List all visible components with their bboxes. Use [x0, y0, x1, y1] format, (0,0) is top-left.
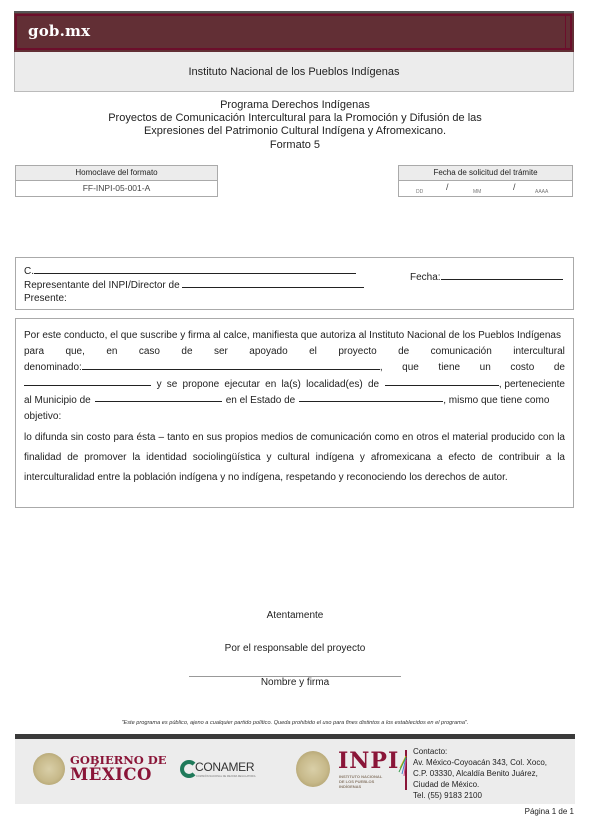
conamer-label: CONAMER — [195, 760, 254, 774]
fecha-label: Fecha: — [410, 272, 441, 283]
mexico-label: MÉXICO — [70, 767, 152, 784]
word: proyecto — [338, 344, 376, 360]
homoclave-table: Homoclave del formato FF-INPI-05-001-A — [15, 165, 218, 197]
ribbons-icon — [398, 754, 412, 778]
inpi-logo-text: INPI — [338, 750, 399, 772]
project-title-line-1: Proyectos de Comunicación Intercultural … — [0, 112, 590, 125]
gobmx-header-bar: gob.mx — [14, 11, 574, 52]
inpi-sub-line-3: INDÍGENAS — [339, 784, 382, 789]
word: ser — [214, 344, 228, 360]
paragraph-line-1: Por este conducto, el que suscribe y fir… — [24, 328, 565, 344]
fecha-row: Fecha: — [410, 271, 563, 283]
project-title-line-2: Expresiones del Patrimonio Cultural Indí… — [0, 125, 590, 138]
word: comunicación — [431, 344, 492, 360]
header-inner-border — [15, 14, 572, 50]
nombre-firma-label: Nombre y firma — [0, 677, 590, 688]
representative-field[interactable] — [182, 279, 364, 288]
atentamente-label: Atentamente — [0, 610, 590, 621]
word: que — [402, 360, 419, 376]
word: el — [309, 344, 317, 360]
contact-address-1: Av. México-Coyoacán 343, Col. Xoco, — [413, 757, 547, 768]
addressee-box: C. Representante del INPI/Director de Pr… — [15, 257, 574, 310]
word: tiene — [438, 360, 460, 376]
inpi-seal-icon — [296, 751, 330, 787]
denominado-label: denominado: — [24, 362, 82, 373]
word: en — [106, 344, 117, 360]
municipio-field[interactable] — [95, 393, 222, 402]
date-separator: / — [446, 182, 449, 192]
institute-name: Instituto Nacional de los Pueblos Indíge… — [189, 66, 400, 78]
homoclave-label: Homoclave del formato — [16, 166, 217, 181]
word: intercultural — [513, 344, 565, 360]
paragraph-line-5: al Municipio de en el Estado de , mismo … — [24, 393, 565, 409]
paragraph-line-4: y se propone ejecutar en la(s) localidad… — [24, 377, 565, 393]
word: de — [398, 344, 409, 360]
locality-field[interactable] — [385, 377, 499, 386]
format-number: Formato 5 — [0, 139, 590, 152]
word: que, — [65, 344, 84, 360]
locality-label: y se propone ejecutar en la(s) localidad… — [157, 377, 379, 393]
word: un — [480, 360, 491, 376]
project-name-field[interactable] — [82, 361, 380, 370]
date-separator: / — [513, 182, 516, 192]
paragraph-line-2: paraque,encasodeserapoyadoelproyectodeco… — [24, 344, 565, 360]
closing-paragraph: lo difunda sin costo para ésta – tanto e… — [24, 428, 565, 488]
contact-phone: Tel. (55) 9183 2100 — [413, 790, 547, 801]
conamer-sublabel: COMISIÓN NACIONAL DE MEJORA REGULATORIA — [196, 775, 256, 778]
authorization-box: Por este conducto, el que suscribe y fir… — [15, 318, 574, 508]
day-label: DD — [416, 189, 423, 195]
representative-row: Representante del INPI/Director de — [24, 279, 364, 291]
disclaimer: "Este programa es público, ajeno a cualq… — [0, 720, 590, 726]
request-date-field[interactable]: DD / MM / AAAA — [399, 181, 572, 196]
contact-info: Contacto: Av. México-Coyoacán 343, Col. … — [413, 746, 547, 801]
contact-city: Ciudad de México. — [413, 779, 547, 790]
c-label: C. — [24, 266, 34, 277]
word: costo — [510, 360, 534, 376]
addressee-name-field[interactable] — [34, 265, 356, 274]
request-date-table: Fecha de solicitud del trámite DD / MM /… — [398, 165, 573, 197]
authorization-paragraph: Por este conducto, el que suscribe y fir… — [24, 328, 565, 425]
representative-label: Representante del INPI/Director de — [24, 280, 180, 291]
request-date-label: Fecha de solicitud del trámite — [399, 166, 572, 181]
word: apoyado — [249, 344, 287, 360]
word: de — [554, 360, 565, 376]
page-number: Página 1 de 1 — [525, 807, 574, 816]
inpi-sublabel: INSTITUTO NACIONAL DE LOS PUEBLOS INDÍGE… — [339, 774, 382, 789]
month-label: MM — [473, 189, 481, 195]
presente-label: Presente: — [24, 293, 67, 304]
mexico-coat-of-arms-icon — [33, 753, 65, 785]
homoclave-value: FF-INPI-05-001-A — [16, 181, 217, 196]
fecha-field[interactable] — [441, 271, 563, 280]
document-title: Programa Derechos Indígenas Proyectos de… — [0, 99, 590, 152]
year-label: AAAA — [535, 189, 548, 195]
denominado-group: denominado:, — [24, 360, 383, 376]
word: para — [24, 344, 44, 360]
responsable-label: Por el responsable del proyecto — [0, 643, 590, 654]
word: de — [181, 344, 192, 360]
contact-label: Contacto: — [413, 746, 547, 757]
estado-label: en el Estado de — [226, 393, 296, 409]
addressee-name-row: C. — [24, 265, 356, 277]
estado-field[interactable] — [299, 393, 443, 402]
perteneciente-label: , perteneciente — [499, 377, 565, 393]
objetivo-intro: , mismo que tiene como — [443, 393, 549, 409]
word: caso — [139, 344, 160, 360]
cost-field[interactable] — [24, 377, 151, 386]
gobmx-logo[interactable]: gob.mx — [28, 22, 90, 40]
municipio-label: al Municipio de — [24, 393, 91, 409]
paragraph-line-3: denominado:, quetieneuncostode — [24, 360, 565, 376]
program-name: Programa Derechos Indígenas — [0, 99, 590, 112]
institute-banner: Instituto Nacional de los Pueblos Indíge… — [14, 52, 574, 92]
objetivo-label: objetivo: — [24, 409, 565, 425]
contact-address-2: C.P. 03330, Alcaldía Benito Juárez, — [413, 768, 547, 779]
line-1-text: Por este conducto, el que suscribe y fir… — [24, 328, 561, 344]
